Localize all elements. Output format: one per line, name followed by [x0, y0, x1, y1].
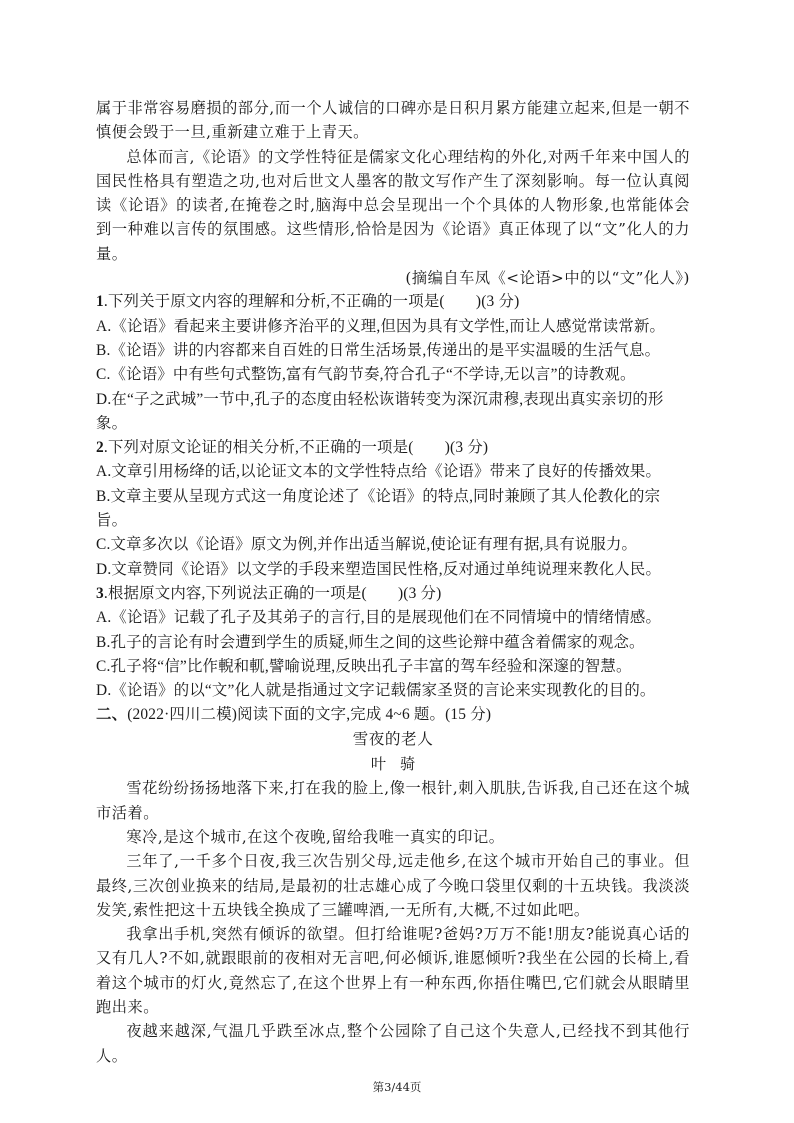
passage-source: (摘编自车凤《<论语>中的以“文”化人》) — [96, 266, 690, 290]
story-paragraph-1: 雪花纷纷扬扬地落下来,打在我的脸上,像一根针,刺入肌肤,告诉我,自己还在这个城市… — [96, 776, 690, 825]
story-paragraph-4: 我拿出手机,突然有倾诉的欲望。但打给谁呢?爸妈?万万不能!朋友?能说真心话的又有… — [96, 922, 690, 1019]
question-stem: 2.下列对原文论证的相关分析,不正确的一项是( )(3 分) — [96, 436, 690, 460]
option-d: D.文章赞同《论语》以文学的手段来塑造国民性格,反对通过单纯说理来教化人民。 — [96, 558, 690, 582]
question-number: 2 — [96, 439, 104, 456]
question-stem: 3.根据原文内容,下列说法正确的一项是( )(3 分) — [96, 582, 690, 606]
option-d: D.《论语》的以“文”化人就是指通过文字记载儒家圣贤的言论来实现教化的目的。 — [96, 679, 690, 703]
story-paragraph-5: 夜越来越深,气温几乎跌至冰点,整个公园除了自己这个失意人,已经找不到其他行人。 — [96, 1019, 690, 1068]
option-b: B.孔子的言论有时会遭到学生的质疑,师生之间的这些论辩中蕴含着儒家的观念。 — [96, 631, 690, 655]
story-author: 叶骑 — [96, 752, 690, 776]
question-1: 1.下列关于原文内容的理解和分析,不正确的一项是( )(3 分) A.《论语》看… — [96, 290, 690, 436]
section-instructions: (2022·四川二模)阅读下面的文字,完成 4~6 题。(15 分) — [127, 706, 491, 723]
question-text: .下列关于原文内容的理解和分析,不正确的一项是( )(3 分) — [104, 293, 520, 310]
passage-paragraph-2: 总体而言,《论语》的文学性特征是儒家文化心理结构的外化,对两千年来中国人的国民性… — [96, 145, 690, 266]
option-a: A.《论语》记载了孔子及其弟子的言行,目的是展现他们在不同情境中的情绪情感。 — [96, 606, 690, 630]
page-number: 第3/44页 — [0, 1079, 794, 1095]
option-d: D.在“子之武城”一节中,孔子的态度由轻松诙谐转变为深沉肃穆,表现出真实亲切的形… — [96, 388, 690, 437]
passage-paragraph-1: 属于非常容易磨损的部分,而一个人诚信的口碑亦是日积月累方能建立起来,但是一朝不慎… — [96, 96, 690, 145]
option-c: C.孔子将“信”比作輗和軏,譬喻说理,反映出孔子丰富的驾车经验和深邃的智慧。 — [96, 655, 690, 679]
section-number: 二、 — [96, 706, 127, 723]
document-page: 属于非常容易磨损的部分,而一个人诚信的口碑亦是日积月累方能建立起来,但是一朝不慎… — [0, 0, 794, 1123]
question-number: 1 — [96, 293, 104, 310]
story-paragraph-2: 寒冷,是这个城市,在这个夜晚,留给我唯一真实的印记。 — [96, 825, 690, 849]
question-text: .根据原文内容,下列说法正确的一项是( )(3 分) — [104, 585, 442, 602]
option-b: B.文章主要从呈现方式这一角度论述了《论语》的特点,同时兼顾了其人伦教化的宗旨。 — [96, 485, 690, 534]
story-title: 雪夜的老人 — [96, 728, 690, 752]
question-text: .下列对原文论证的相关分析,不正确的一项是( )(3 分) — [104, 439, 488, 456]
question-stem: 1.下列关于原文内容的理解和分析,不正确的一项是( )(3 分) — [96, 290, 690, 314]
story-paragraph-3: 三年了,一千多个日夜,我三次告别父母,远走他乡,在这个城市开始自己的事业。但最终… — [96, 849, 690, 922]
option-b: B.《论语》讲的内容都来自百姓的日常生活场景,传递出的是平实温暖的生活气息。 — [96, 339, 690, 363]
option-a: A.《论语》看起来主要讲修齐治平的义理,但因为具有文学性,而让人感觉常读常新。 — [96, 315, 690, 339]
option-a: A.文章引用杨绛的话,以论证文本的文学性特点给《论语》带来了良好的传播效果。 — [96, 460, 690, 484]
question-3: 3.根据原文内容,下列说法正确的一项是( )(3 分) A.《论语》记载了孔子及… — [96, 582, 690, 703]
question-number: 3 — [96, 585, 104, 602]
option-c: C.《论语》中有些句式整饬,富有气韵节奏,符合孔子“不学诗,无以言”的诗教观。 — [96, 363, 690, 387]
page-content: 属于非常容易磨损的部分,而一个人诚信的口碑亦是日积月累方能建立起来,但是一朝不慎… — [96, 96, 690, 1068]
section-heading: 二、(2022·四川二模)阅读下面的文字,完成 4~6 题。(15 分) — [96, 703, 690, 727]
option-c: C.文章多次以《论语》原文为例,并作出适当解说,使论证有理有据,具有说服力。 — [96, 533, 690, 557]
question-2: 2.下列对原文论证的相关分析,不正确的一项是( )(3 分) A.文章引用杨绛的… — [96, 436, 690, 582]
